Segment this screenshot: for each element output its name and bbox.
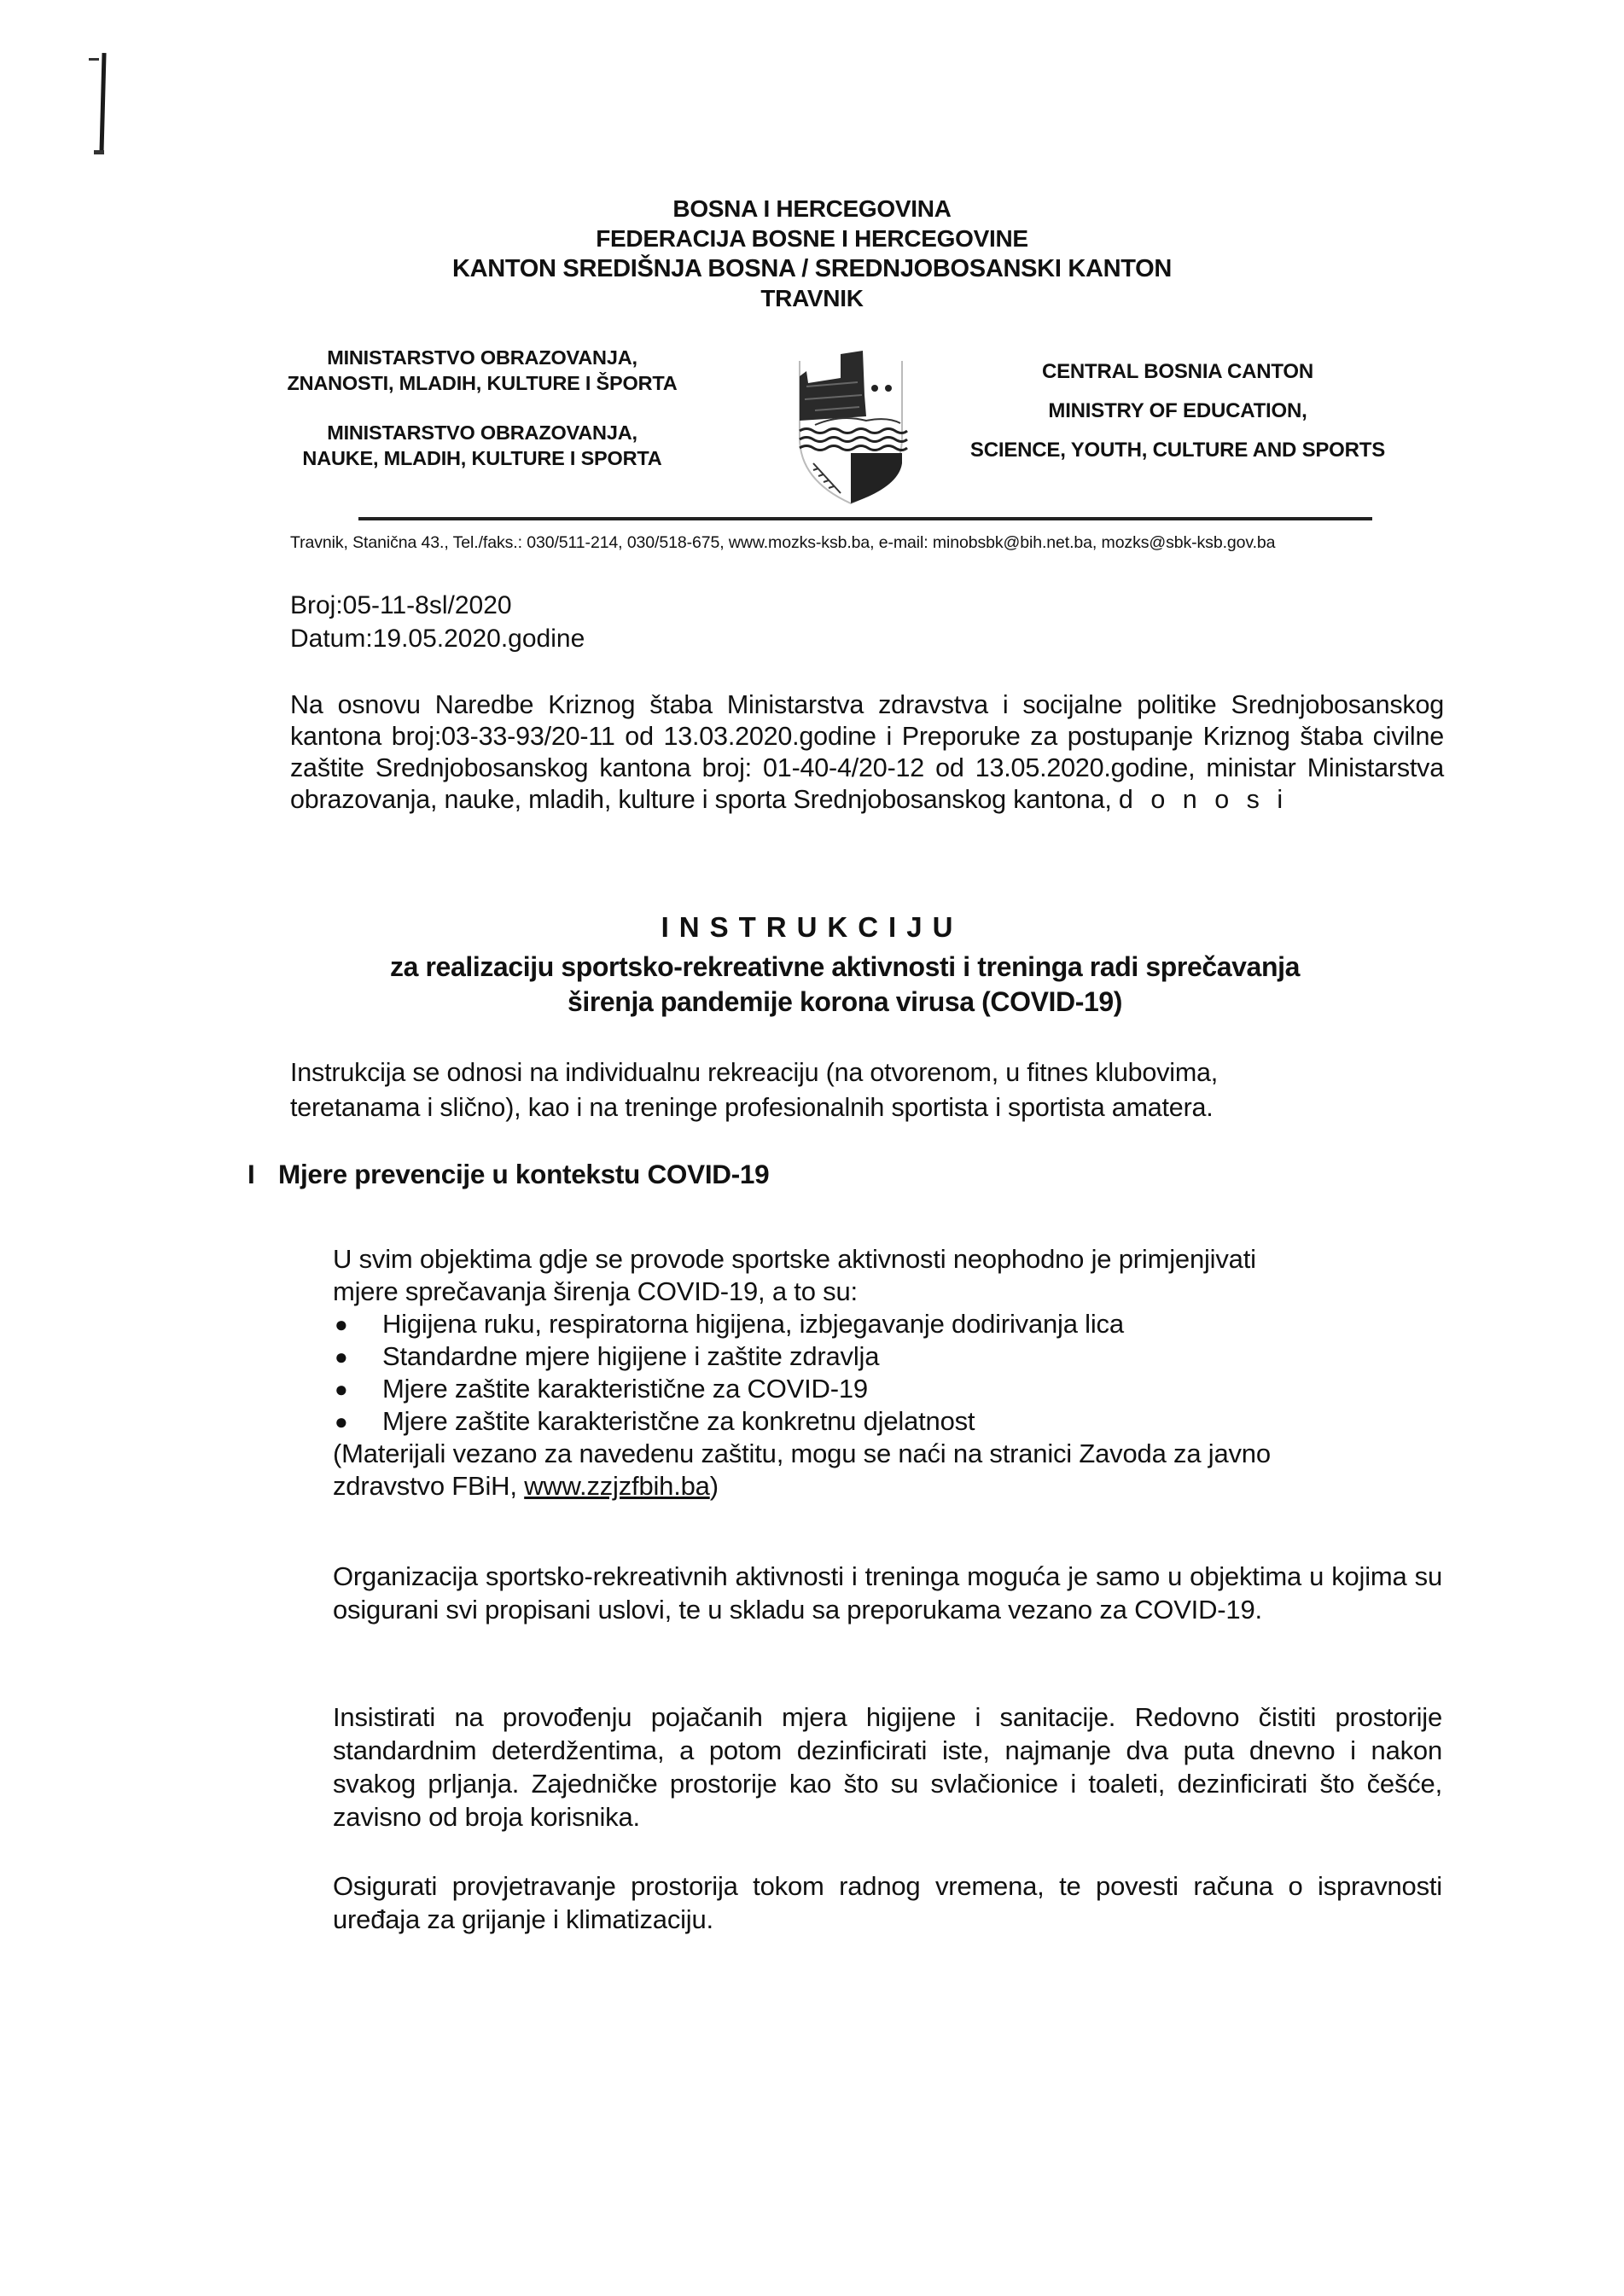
ministry-line: NAUKE, MLADIH, KULTURE I SPORTA — [230, 445, 734, 471]
list-item-text: Standardne mjere higijene i zaštite zdra… — [382, 1341, 879, 1371]
scope-line: teretanama i slično), kao i na treninge … — [290, 1090, 1451, 1125]
ministry-line: SCIENCE, YOUTH, CULTURE AND SPORTS — [922, 431, 1434, 470]
document-reference: Broj:05-11-8sl/2020 Datum:19.05.2020.god… — [290, 589, 585, 655]
contact-line: Travnik, Stanična 43., Tel./faks.: 030/5… — [290, 533, 1275, 553]
header-federation: FEDERACIJA BOSNE I HERCEGOVINE — [0, 224, 1624, 253]
measures-note: (Materijali vezano za navedenu zaštitu, … — [333, 1438, 1459, 1470]
subtitle-line: širenja pandemije korona virusa (COVID-1… — [256, 985, 1434, 1020]
subtitle-line: za realizaciju sportsko-rekreativne akti… — [256, 950, 1434, 985]
measures-intro-line: mjere sprečavanja širenja COVID-19, a to… — [333, 1276, 1459, 1308]
scan-margin-mark — [99, 53, 106, 154]
section-title: Mjere prevencije u kontekstu COVID-19 — [278, 1159, 769, 1189]
list-item: ●Higijena ruku, respiratorna higijena, i… — [333, 1308, 1459, 1340]
list-item: ●Mjere zaštite karakteristične za COVID-… — [333, 1373, 1459, 1405]
ministry-line: MINISTARSTVO OBRAZOVANJA, — [230, 345, 734, 370]
list-item: ●Standardne mjere higijene i zaštite zdr… — [333, 1340, 1459, 1373]
list-item: ●Mjere zaštite karakteristčne za konkret… — [333, 1405, 1459, 1438]
hygiene-paragraph: Insistirati na provođenju pojačanih mjer… — [333, 1700, 1442, 1834]
ministry-line: MINISTARSTVO OBRAZOVANJA, — [230, 420, 734, 445]
section-number: I — [247, 1159, 278, 1190]
measures-intro-line: U svim objektima gdje se provode sportsk… — [333, 1243, 1459, 1276]
list-item-text: Mjere zaštite karakteristčne za konkretn… — [382, 1406, 975, 1436]
header-canton: KANTON SREDIŠNJA BOSNA / SREDNJOBOSANSKI… — [0, 254, 1624, 283]
letterhead-divider — [358, 517, 1372, 520]
bullet-icon: ● — [335, 1308, 348, 1340]
document-title: INSTRUKCIJU — [0, 911, 1624, 944]
ministry-line: CENTRAL BOSNIA CANTON — [922, 352, 1434, 392]
scan-margin-mark-tick — [94, 150, 104, 154]
list-item-text: Higijena ruku, respiratorna higijena, iz… — [382, 1309, 1124, 1339]
zzjzfbih-link[interactable]: www.zzjzfbih.ba — [524, 1471, 710, 1501]
reference-date: Datum:19.05.2020.godine — [290, 622, 585, 655]
bullet-icon: ● — [335, 1405, 348, 1438]
ventilation-paragraph: Osigurati provjetravanje prostorija toko… — [333, 1869, 1442, 1936]
measures-list: ●Higijena ruku, respiratorna higijena, i… — [333, 1308, 1459, 1438]
legal-basis-paragraph: Na osnovu Naredbe Kriznog štaba Ministar… — [290, 689, 1444, 816]
ministry-name-croatian: MINISTARSTVO OBRAZOVANJA, ZNANOSTI, MLAD… — [230, 345, 734, 396]
canton-coat-of-arms-icon — [781, 335, 922, 506]
scope-paragraph: Instrukcija se odnosi na individualnu re… — [290, 1055, 1451, 1125]
scan-margin-mark-tick — [89, 58, 99, 61]
bullet-icon: ● — [335, 1340, 348, 1373]
scope-line: Instrukcija se odnosi na individualnu re… — [290, 1055, 1451, 1090]
reference-number: Broj:05-11-8sl/2020 — [290, 589, 585, 622]
legal-basis-verb: d o n o s i — [1119, 785, 1288, 814]
ministry-name-english: CENTRAL BOSNIA CANTON MINISTRY OF EDUCAT… — [922, 352, 1434, 470]
measures-note-text: ) — [710, 1471, 719, 1501]
ministry-name-bosnian: MINISTARSTVO OBRAZOVANJA, NAUKE, MLADIH,… — [230, 420, 734, 471]
ministry-name-local: MINISTARSTVO OBRAZOVANJA, ZNANOSTI, MLAD… — [230, 345, 734, 471]
measures-note-text: zdravstvo FBiH, — [333, 1471, 524, 1501]
measures-note-line: zdravstvo FBiH, www.zzjzfbih.ba) — [333, 1470, 1459, 1503]
ministry-line: ZNANOSTI, MLADIH, KULTURE I ŠPORTA — [230, 370, 734, 396]
header-country: BOSNA I HERCEGOVINA — [0, 195, 1624, 224]
ministry-line: MINISTRY OF EDUCATION, — [922, 392, 1434, 431]
list-item-text: Mjere zaštite karakteristične za COVID-1… — [382, 1374, 868, 1404]
bullet-icon: ● — [335, 1373, 348, 1405]
header-city: TRAVNIK — [0, 284, 1624, 313]
organization-paragraph: Organizacija sportsko-rekreativnih aktiv… — [333, 1560, 1442, 1626]
section-heading: IMjere prevencije u kontekstu COVID-19 — [247, 1159, 769, 1190]
measures-block: U svim objektima gdje se provode sportsk… — [333, 1243, 1459, 1503]
document-subtitle: za realizaciju sportsko-rekreativne akti… — [256, 950, 1434, 1020]
